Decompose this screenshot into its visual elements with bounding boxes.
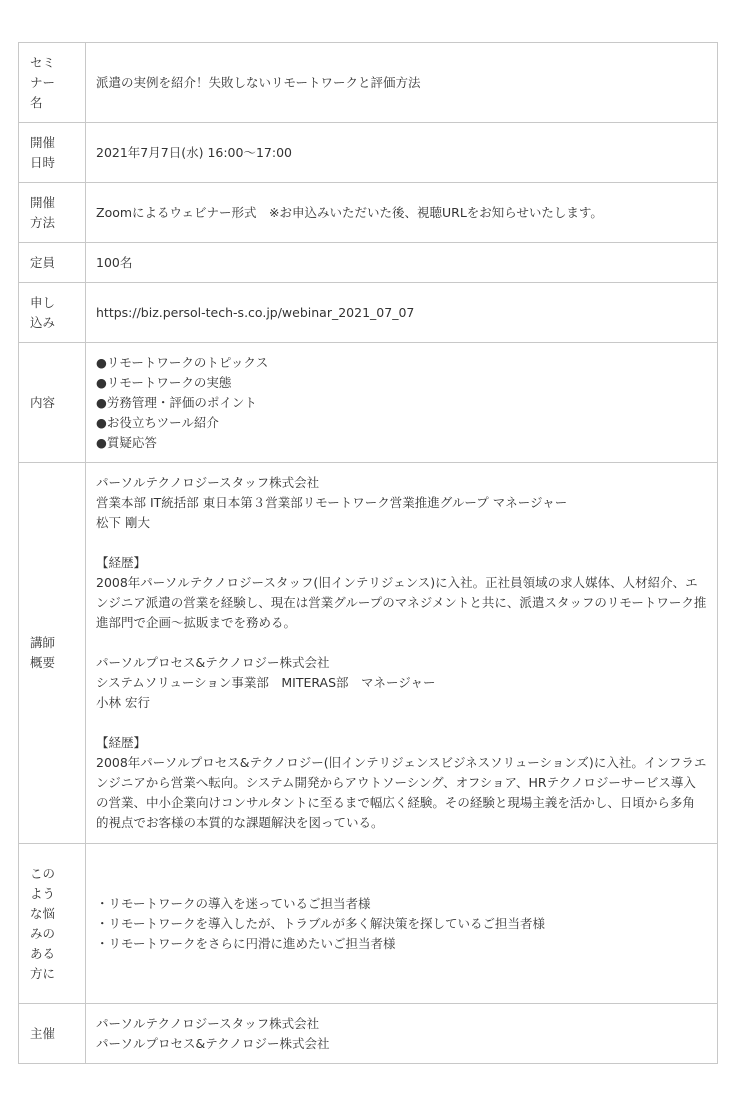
label-capacity: 定員 [30,253,60,273]
row-label: 内容 [19,343,86,463]
label-datetime: 開催日時 [30,133,60,173]
content-item: ●リモートワークのトピックス [96,353,707,373]
speaker-company: パーソルプロセス&テクノロジー株式会社 [96,653,707,673]
content-item: ●リモートワークの実態 [96,373,707,393]
row-label: 開催日時 [19,123,86,183]
row-value: 2021年7月7日(水) 16:00〜17:00 [86,123,718,183]
seminar-capacity: 100名 [96,253,707,273]
content-item: ●お役立ちツール紹介 [96,413,707,433]
label-method: 開催方法 [30,193,60,233]
spacer [96,633,707,653]
row-label: 定員 [19,243,86,283]
audience-item: ・リモートワークを導入したが、トラブルが多く解決策を探しているご担当者様 [96,914,707,934]
speaker-career: 2008年パーソルプロセス&テクノロジー(旧インテリジェンスビジネスソリューショ… [96,753,707,833]
speaker-name: 松下 剛大 [96,513,707,533]
row-label: 開催方法 [19,183,86,243]
seminar-datetime: 2021年7月7日(水) 16:00〜17:00 [96,143,707,163]
row-value: パーソルテクノロジースタッフ株式会社 営業本部 IT統括部 東日本第３営業部リモ… [86,463,718,844]
row-application: 申し込み https://biz.persol-tech-s.co.jp/web… [19,283,718,343]
row-label: 主催 [19,1004,86,1064]
label-application: 申し込み [30,293,60,333]
label-speakers: 講師概要 [30,633,60,673]
row-method: 開催方法 Zoomによるウェビナー形式 ※お申込みいただいた後、視聴URLをお知… [19,183,718,243]
row-datetime: 開催日時 2021年7月7日(水) 16:00〜17:00 [19,123,718,183]
row-seminar-name: セミナー名 派遣の実例を紹介！失敗しないリモートワークと評価方法 [19,43,718,123]
audience-item: ・リモートワークの導入を迷っているご担当者様 [96,894,707,914]
speaker-title: 営業本部 IT統括部 東日本第３営業部リモートワーク営業推進グループ マネージャ… [96,493,707,513]
row-speakers: 講師概要 パーソルテクノロジースタッフ株式会社 営業本部 IT統括部 東日本第３… [19,463,718,844]
organizer-item: パーソルテクノロジースタッフ株式会社 [96,1014,707,1034]
row-value: ・リモートワークの導入を迷っているご担当者様 ・リモートワークを導入したが、トラ… [86,844,718,1004]
speaker-career: 2008年パーソルテクノロジースタッフ(旧インテリジェンス)に入社。正社員領域の… [96,573,707,633]
row-label: 講師概要 [19,463,86,844]
label-seminar-name: セミナー名 [30,53,60,113]
audience-item: ・リモートワークをさらに円滑に進めたいご担当者様 [96,934,707,954]
label-contents: 内容 [30,393,60,413]
row-label: セミナー名 [19,43,86,123]
row-value: パーソルテクノロジースタッフ株式会社 パーソルプロセス&テクノロジー株式会社 [86,1004,718,1064]
seminar-info-table: セミナー名 派遣の実例を紹介！失敗しないリモートワークと評価方法 開催日時 20… [18,42,718,1064]
speaker-name: 小林 宏行 [96,693,707,713]
row-value: ●リモートワークのトピックス ●リモートワークの実態 ●労務管理・評価のポイント… [86,343,718,463]
row-contents: 内容 ●リモートワークのトピックス ●リモートワークの実態 ●労務管理・評価のポ… [19,343,718,463]
seminar-info: セミナー名 派遣の実例を紹介！失敗しないリモートワークと評価方法 開催日時 20… [18,42,718,1064]
speaker-company: パーソルテクノロジースタッフ株式会社 [96,473,707,493]
seminar-name: 派遣の実例を紹介！失敗しないリモートワークと評価方法 [96,73,707,93]
seminar-method: Zoomによるウェビナー形式 ※お申込みいただいた後、視聴URLをお知らせいたし… [96,203,707,223]
label-organizer: 主催 [30,1024,60,1044]
application-url[interactable]: https://biz.persol-tech-s.co.jp/webinar_… [96,303,707,323]
career-heading: 【経歴】 [96,553,707,573]
spacer [96,533,707,553]
label-target-audience: このような悩みのある方に [30,864,60,984]
row-label: このような悩みのある方に [19,844,86,1004]
row-value: Zoomによるウェビナー形式 ※お申込みいただいた後、視聴URLをお知らせいたし… [86,183,718,243]
row-value: 100名 [86,243,718,283]
content-item: ●労務管理・評価のポイント [96,393,707,413]
spacer [96,713,707,733]
row-label: 申し込み [19,283,86,343]
speaker-title: システムソリューション事業部 MITERAS部 マネージャー [96,673,707,693]
organizer-item: パーソルプロセス&テクノロジー株式会社 [96,1034,707,1054]
row-value: 派遣の実例を紹介！失敗しないリモートワークと評価方法 [86,43,718,123]
row-target-audience: このような悩みのある方に ・リモートワークの導入を迷っているご担当者様 ・リモー… [19,844,718,1004]
row-capacity: 定員 100名 [19,243,718,283]
content-item: ●質疑応答 [96,433,707,453]
career-heading: 【経歴】 [96,733,707,753]
row-organizer: 主催 パーソルテクノロジースタッフ株式会社 パーソルプロセス&テクノロジー株式会… [19,1004,718,1064]
row-value: https://biz.persol-tech-s.co.jp/webinar_… [86,283,718,343]
